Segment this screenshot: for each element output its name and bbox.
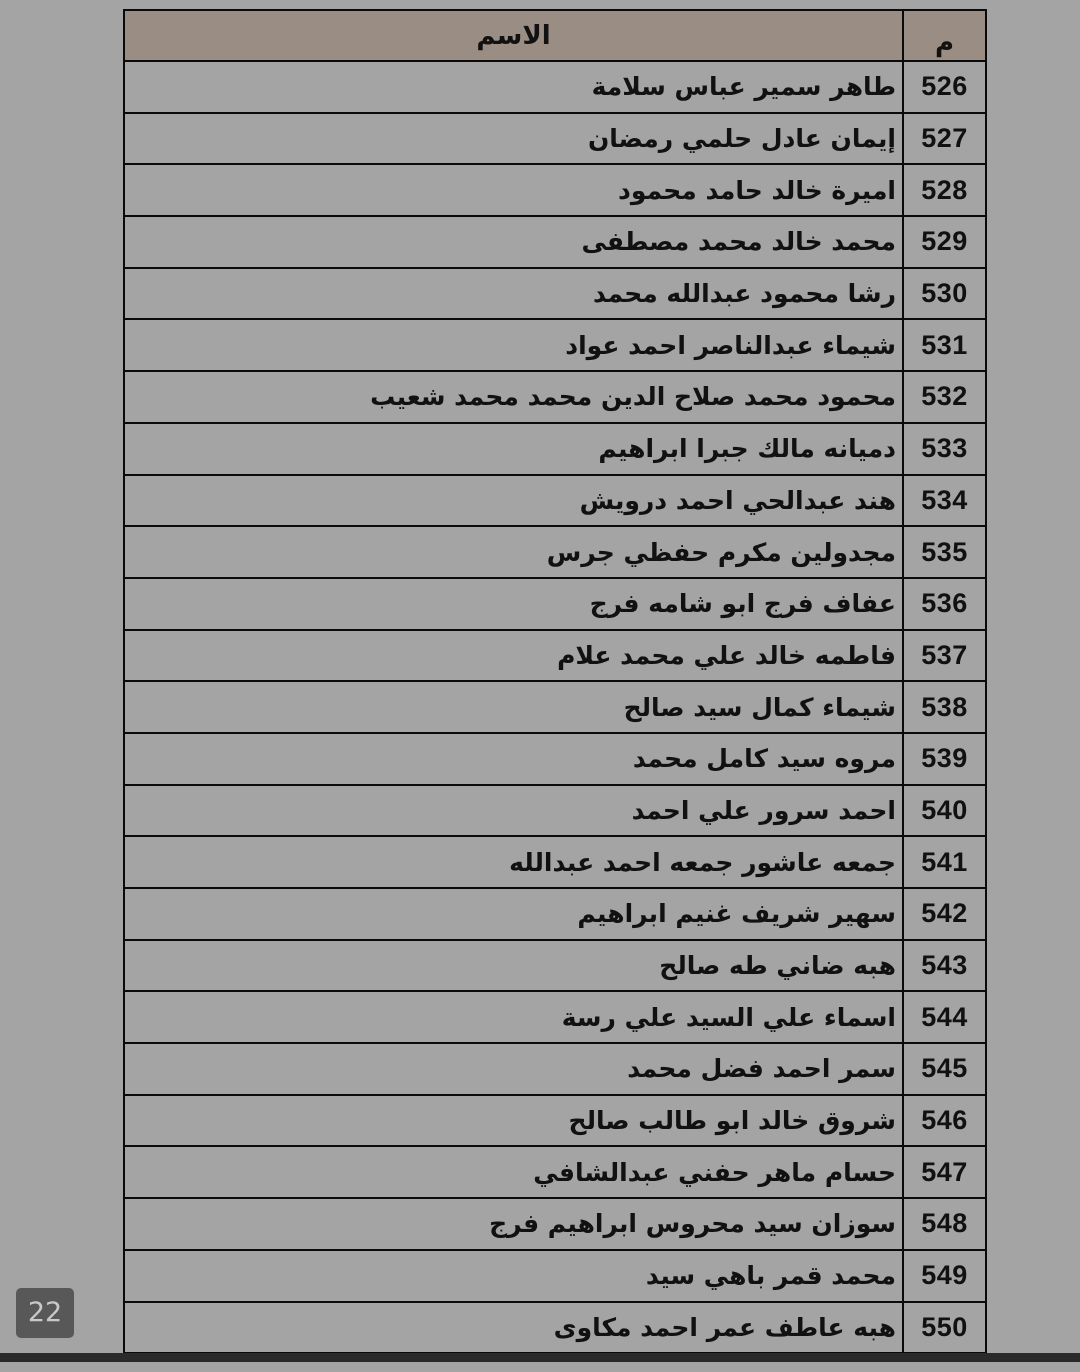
row-number: 545 [903, 1043, 986, 1095]
table-body: 526طاهر سمير عباس سلامة527إيمان عادل حلم… [124, 61, 986, 1353]
table-row: 549محمد قمر باهي سيد [124, 1250, 986, 1302]
row-number: 537 [903, 630, 986, 682]
row-name: اميرة خالد حامد محمود [124, 164, 903, 216]
table-header-row: م الاسم [124, 10, 986, 61]
header-name: الاسم [124, 10, 903, 61]
bottom-bar [0, 1353, 1080, 1362]
table-row: 539مروه سيد كامل محمد [124, 733, 986, 785]
row-name: محمود محمد صلاح الدين محمد محمد شعيب [124, 371, 903, 423]
table-row: 528اميرة خالد حامد محمود [124, 164, 986, 216]
table-row: 538شيماء كمال سيد صالح [124, 681, 986, 733]
table-row: 547حسام ماهر حفني عبدالشافي [124, 1146, 986, 1198]
row-name: هبه عاطف عمر احمد مكاوى [124, 1302, 903, 1354]
table-row: 545سمر احمد فضل محمد [124, 1043, 986, 1095]
row-number: 543 [903, 940, 986, 992]
row-number: 540 [903, 785, 986, 837]
row-number: 533 [903, 423, 986, 475]
row-name: سهير شريف غنيم ابراهيم [124, 888, 903, 940]
row-number: 541 [903, 836, 986, 888]
row-name: إيمان عادل حلمي رمضان [124, 113, 903, 165]
row-number: 550 [903, 1302, 986, 1354]
names-table: م الاسم 526طاهر سمير عباس سلامة527إيمان … [123, 9, 987, 1354]
row-name: مروه سيد كامل محمد [124, 733, 903, 785]
row-number: 528 [903, 164, 986, 216]
row-name: اسماء علي السيد علي رسة [124, 991, 903, 1043]
row-number: 542 [903, 888, 986, 940]
row-name: جمعه عاشور جمعه احمد عبدالله [124, 836, 903, 888]
table-row: 529محمد خالد محمد مصطفى [124, 216, 986, 268]
row-name: شيماء عبدالناصر احمد عواد [124, 319, 903, 371]
table-row: 537فاطمه خالد علي محمد علام [124, 630, 986, 682]
table-row: 543هبه ضاني طه صالح [124, 940, 986, 992]
row-number: 532 [903, 371, 986, 423]
row-name: طاهر سمير عباس سلامة [124, 61, 903, 113]
row-name: حسام ماهر حفني عبدالشافي [124, 1146, 903, 1198]
row-number: 538 [903, 681, 986, 733]
row-number: 546 [903, 1095, 986, 1147]
table-row: 532محمود محمد صلاح الدين محمد محمد شعيب [124, 371, 986, 423]
row-name: محمد خالد محمد مصطفى [124, 216, 903, 268]
table-row: 550هبه عاطف عمر احمد مكاوى [124, 1302, 986, 1354]
table-row: 536عفاف فرج ابو شامه فرج [124, 578, 986, 630]
table-row: 533دميانه مالك جبرا ابراهيم [124, 423, 986, 475]
table-row: 542سهير شريف غنيم ابراهيم [124, 888, 986, 940]
row-number: 549 [903, 1250, 986, 1302]
row-name: دميانه مالك جبرا ابراهيم [124, 423, 903, 475]
row-name: فاطمه خالد علي محمد علام [124, 630, 903, 682]
row-name: شروق خالد ابو طالب صالح [124, 1095, 903, 1147]
row-name: عفاف فرج ابو شامه فرج [124, 578, 903, 630]
row-number: 530 [903, 268, 986, 320]
row-number: 536 [903, 578, 986, 630]
table-row: 527إيمان عادل حلمي رمضان [124, 113, 986, 165]
header-number: م [903, 10, 986, 61]
table-row: 534هند عبدالحي احمد درويش [124, 475, 986, 527]
table-row: 548سوزان سيد محروس ابراهيم فرج [124, 1198, 986, 1250]
table-row: 530رشا محمود عبدالله محمد [124, 268, 986, 320]
row-number: 531 [903, 319, 986, 371]
row-name: رشا محمود عبدالله محمد [124, 268, 903, 320]
row-name: احمد سرور علي احمد [124, 785, 903, 837]
table-row: 546شروق خالد ابو طالب صالح [124, 1095, 986, 1147]
row-number: 527 [903, 113, 986, 165]
row-name: مجدولين مكرم حفظي جرس [124, 526, 903, 578]
table-row: 544اسماء علي السيد علي رسة [124, 991, 986, 1043]
table-row: 540احمد سرور علي احمد [124, 785, 986, 837]
table-row: 526طاهر سمير عباس سلامة [124, 61, 986, 113]
row-number: 544 [903, 991, 986, 1043]
row-number: 547 [903, 1146, 986, 1198]
row-name: سوزان سيد محروس ابراهيم فرج [124, 1198, 903, 1250]
row-name: شيماء كمال سيد صالح [124, 681, 903, 733]
row-number: 539 [903, 733, 986, 785]
row-name: هبه ضاني طه صالح [124, 940, 903, 992]
row-name: سمر احمد فضل محمد [124, 1043, 903, 1095]
row-number: 526 [903, 61, 986, 113]
row-name: هند عبدالحي احمد درويش [124, 475, 903, 527]
row-number: 535 [903, 526, 986, 578]
row-number: 529 [903, 216, 986, 268]
table-row: 541جمعه عاشور جمعه احمد عبدالله [124, 836, 986, 888]
table-row: 535مجدولين مكرم حفظي جرس [124, 526, 986, 578]
row-number: 534 [903, 475, 986, 527]
table-row: 531شيماء عبدالناصر احمد عواد [124, 319, 986, 371]
row-number: 548 [903, 1198, 986, 1250]
row-name: محمد قمر باهي سيد [124, 1250, 903, 1302]
page-number-badge: 22 [16, 1288, 74, 1338]
